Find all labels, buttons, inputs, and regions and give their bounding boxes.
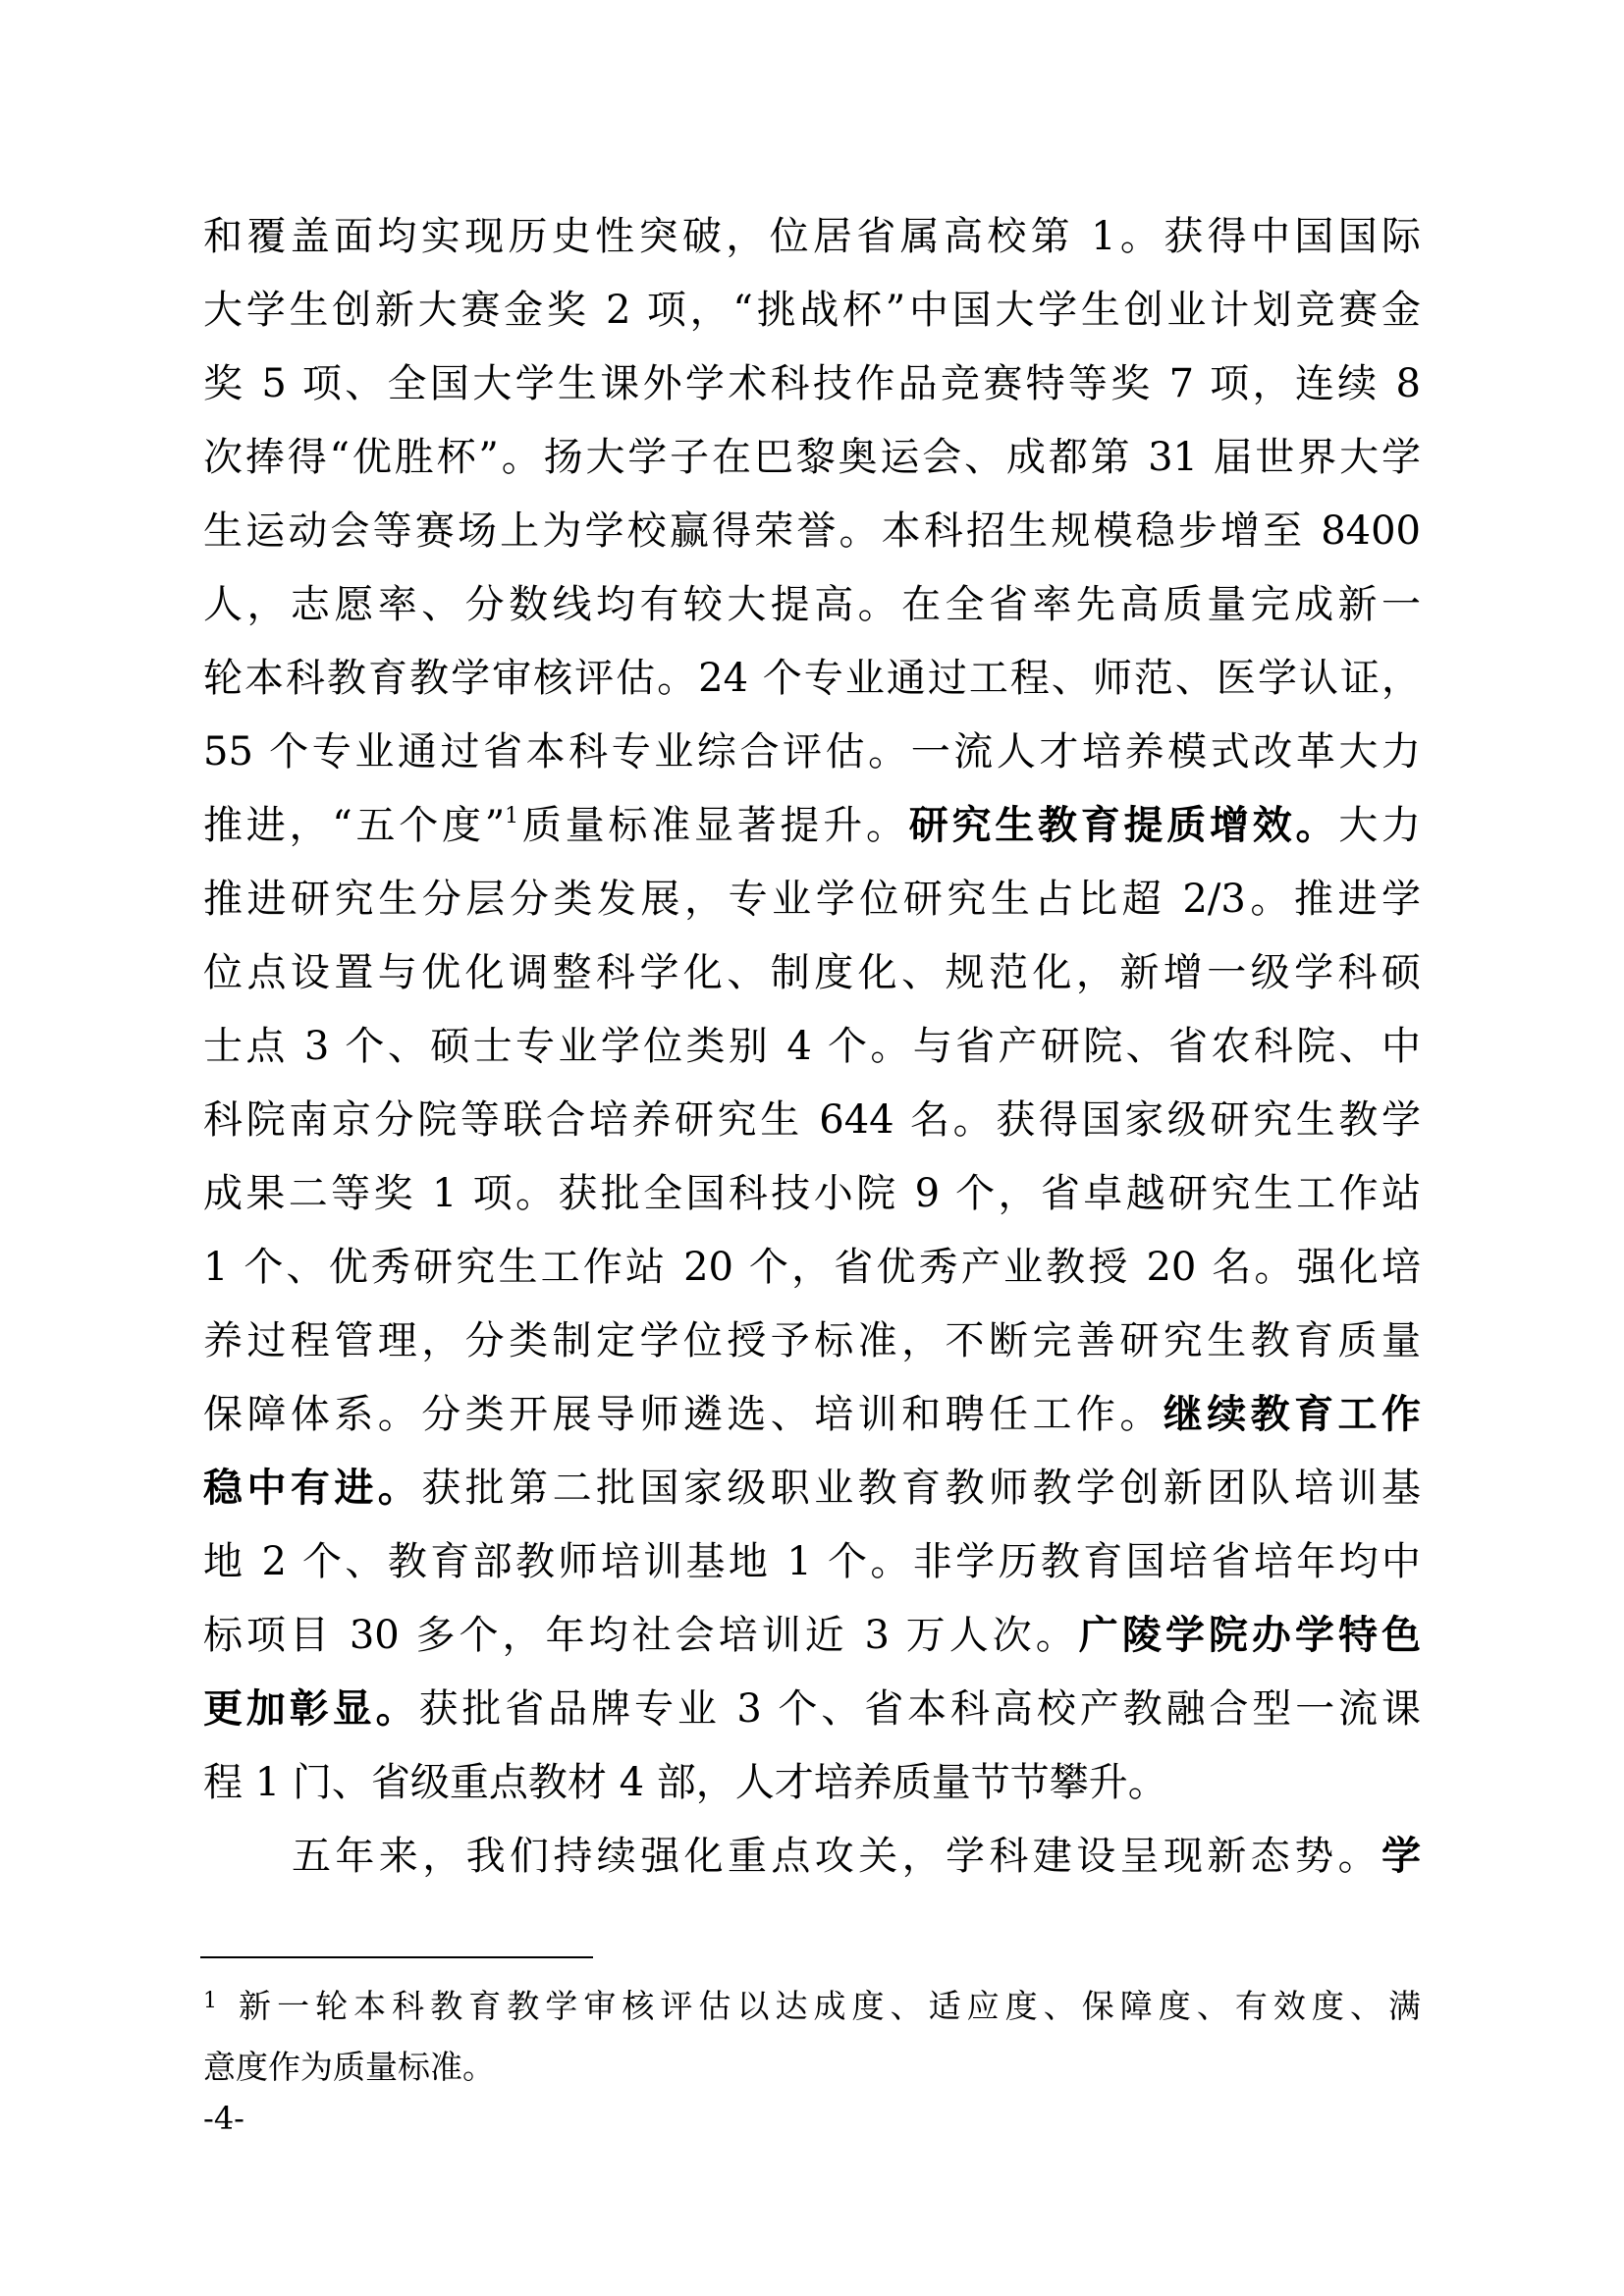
text-line: 程 1 门、省级重点教材 4 部，人才培养质量节节攀升。 — [203, 1754, 1421, 1828]
bold-heading-run: 研究生教育提质增效。 — [909, 802, 1339, 848]
footnote-reference: 1 — [505, 804, 518, 828]
document-page: 和覆盖面均实现历史性突破，位居省属高校第 1。获得中国国际大学生创新大赛金奖 2… — [0, 0, 1624, 2296]
text-run: 和覆盖面均实现历史性突破，位居省属高校第 1。获得中国国际 — [203, 214, 1421, 259]
text-line: 推进研究生分层分类发展，专业学位研究生占比超 2/3。推进学 — [203, 871, 1421, 944]
text-line: 更加彰显。获批省品牌专业 3 个、省本科高校产教融合型一流课 — [203, 1681, 1421, 1754]
text-line: 次捧得“优胜杯”。扬大学子在巴黎奥运会、成都第 31 届世界大学 — [203, 429, 1421, 503]
text-run: 人，志愿率、分数线均有较大提高。在全省率先高质量完成新一 — [203, 582, 1421, 627]
text-run: 生运动会等赛场上为学校赢得荣誉。本科招生规模稳步增至 8400 — [203, 508, 1421, 554]
footnote-separator — [200, 1956, 593, 1958]
text-run: 推进研究生分层分类发展，专业学位研究生占比超 2/3。推进学 — [203, 877, 1421, 922]
text-line: 生运动会等赛场上为学校赢得荣誉。本科招生规模稳步增至 8400 — [203, 503, 1421, 576]
footnote-line: 1新一轮本科教育教学审核评估以达成度、适应度、保障度、有效度、满 — [203, 1983, 1421, 2044]
text-run: 地 2 个、教育部教师培训基地 1 个。非学历教育国培省培年均中 — [203, 1539, 1421, 1584]
footnote-text: 意度作为质量标准。 — [203, 2048, 495, 2086]
text-run: 成果二等奖 1 项。获批全国科技小院 9 个，省卓越研究生工作站 — [203, 1171, 1421, 1216]
text-run: 士点 3 个、硕士专业学位类别 4 个。与省产研院、省农科院、中 — [203, 1024, 1421, 1069]
bold-heading-run: 更加彰显。 — [203, 1685, 418, 1732]
text-line: 养过程管理，分类制定学位授予标准，不断完善研究生教育质量 — [203, 1312, 1421, 1386]
text-run: 大力 — [1338, 803, 1421, 848]
text-line: 稳中有进。获批第二批国家级职业教育教师教学创新团队培训基 — [203, 1460, 1421, 1533]
text-line: 标项目 30 多个，年均社会培训近 3 万人次。广陵学院办学特色 — [203, 1607, 1421, 1681]
paragraph-first-line: 五年来，我们持续强化重点攻关，学科建设呈现新态势。学 — [203, 1828, 1421, 1901]
footnote-marker: 1 — [203, 1989, 217, 2013]
bold-heading-run: 广陵学院办学特色 — [1079, 1612, 1421, 1658]
text-line: 奖 5 项、全国大学生课外学术科技作品竞赛特等奖 7 项，连续 8 — [203, 355, 1421, 429]
text-line: 科院南京分院等联合培养研究生 644 名。获得国家级研究生教学 — [203, 1092, 1421, 1165]
text-line: 55 个专业通过省本科专业综合评估。一流人才培养模式改革大力 — [203, 723, 1421, 797]
text-line: 地 2 个、教育部教师培训基地 1 个。非学历教育国培省培年均中 — [203, 1533, 1421, 1607]
text-run: 推进，“五个度” — [203, 803, 505, 848]
text-run: 1 个、优秀研究生工作站 20 个，省优秀产业教授 20 名。强化培 — [203, 1245, 1421, 1290]
footnotes: 1新一轮本科教育教学审核评估以达成度、适应度、保障度、有效度、满 意度作为质量标… — [203, 1983, 1421, 2105]
text-line: 推进，“五个度”1质量标准显著提升。研究生教育提质增效。大力 — [203, 797, 1421, 871]
text-run: 获批第二批国家级职业教育教师教学创新团队培训基 — [421, 1466, 1421, 1511]
text-line: 轮本科教育教学审核评估。24 个专业通过工程、师范、医学认证， — [203, 650, 1421, 723]
page-number: -4- — [203, 2099, 244, 2138]
text-line: 保障体系。分类开展导师遴选、培训和聘任工作。继续教育工作 — [203, 1386, 1421, 1460]
body-text: 和覆盖面均实现历史性突破，位居省属高校第 1。获得中国国际大学生创新大赛金奖 2… — [203, 208, 1421, 1901]
text-run: 标项目 30 多个，年均社会培训近 3 万人次。 — [203, 1613, 1079, 1658]
text-run: 保障体系。分类开展导师遴选、培训和聘任工作。 — [203, 1392, 1164, 1437]
text-line: 和覆盖面均实现历史性突破，位居省属高校第 1。获得中国国际 — [203, 208, 1421, 282]
bold-heading-run: 学 — [1381, 1833, 1421, 1879]
text-line: 1 个、优秀研究生工作站 20 个，省优秀产业教授 20 名。强化培 — [203, 1239, 1421, 1312]
footnote-text: 新一轮本科教育教学审核评估以达成度、适应度、保障度、有效度、满 — [233, 1987, 1421, 2025]
text-run: 质量标准显著提升。 — [518, 803, 909, 848]
text-run: 次捧得“优胜杯”。扬大学子在巴黎奥运会、成都第 31 届世界大学 — [203, 435, 1421, 480]
text-run: 轮本科教育教学审核评估。24 个专业通过工程、师范、医学认证， — [203, 656, 1421, 701]
text-run: 五年来，我们持续强化重点攻关，学科建设呈现新态势。 — [292, 1834, 1381, 1879]
text-line: 成果二等奖 1 项。获批全国科技小院 9 个，省卓越研究生工作站 — [203, 1165, 1421, 1239]
footnote-line: 意度作为质量标准。 — [203, 2044, 1421, 2105]
text-run: 获批省品牌专业 3 个、省本科高校产教融合型一流课 — [418, 1686, 1421, 1732]
text-run: 位点设置与优化调整科学化、制度化、规范化，新增一级学科硕 — [203, 950, 1421, 995]
text-line: 人，志愿率、分数线均有较大提高。在全省率先高质量完成新一 — [203, 576, 1421, 650]
text-run: 55 个专业通过省本科专业综合评估。一流人才培养模式改革大力 — [203, 729, 1421, 774]
bold-heading-run: 继续教育工作 — [1164, 1391, 1421, 1437]
text-run: 奖 5 项、全国大学生课外学术科技作品竞赛特等奖 7 项，连续 8 — [203, 361, 1421, 406]
bold-heading-run: 稳中有进。 — [203, 1465, 421, 1511]
text-run: 科院南京分院等联合培养研究生 644 名。获得国家级研究生教学 — [203, 1097, 1421, 1143]
text-line: 大学生创新大赛金奖 2 项，“挑战杯”中国大学生创业计划竞赛金 — [203, 282, 1421, 355]
text-run: 程 1 门、省级重点教材 4 部，人才培养质量节节攀升。 — [203, 1760, 1167, 1805]
text-run: 养过程管理，分类制定学位授予标准，不断完善研究生教育质量 — [203, 1318, 1421, 1363]
text-run: 大学生创新大赛金奖 2 项，“挑战杯”中国大学生创业计划竞赛金 — [203, 288, 1421, 333]
text-line: 位点设置与优化调整科学化、制度化、规范化，新增一级学科硕 — [203, 944, 1421, 1018]
text-line: 士点 3 个、硕士专业学位类别 4 个。与省产研院、省农科院、中 — [203, 1018, 1421, 1092]
